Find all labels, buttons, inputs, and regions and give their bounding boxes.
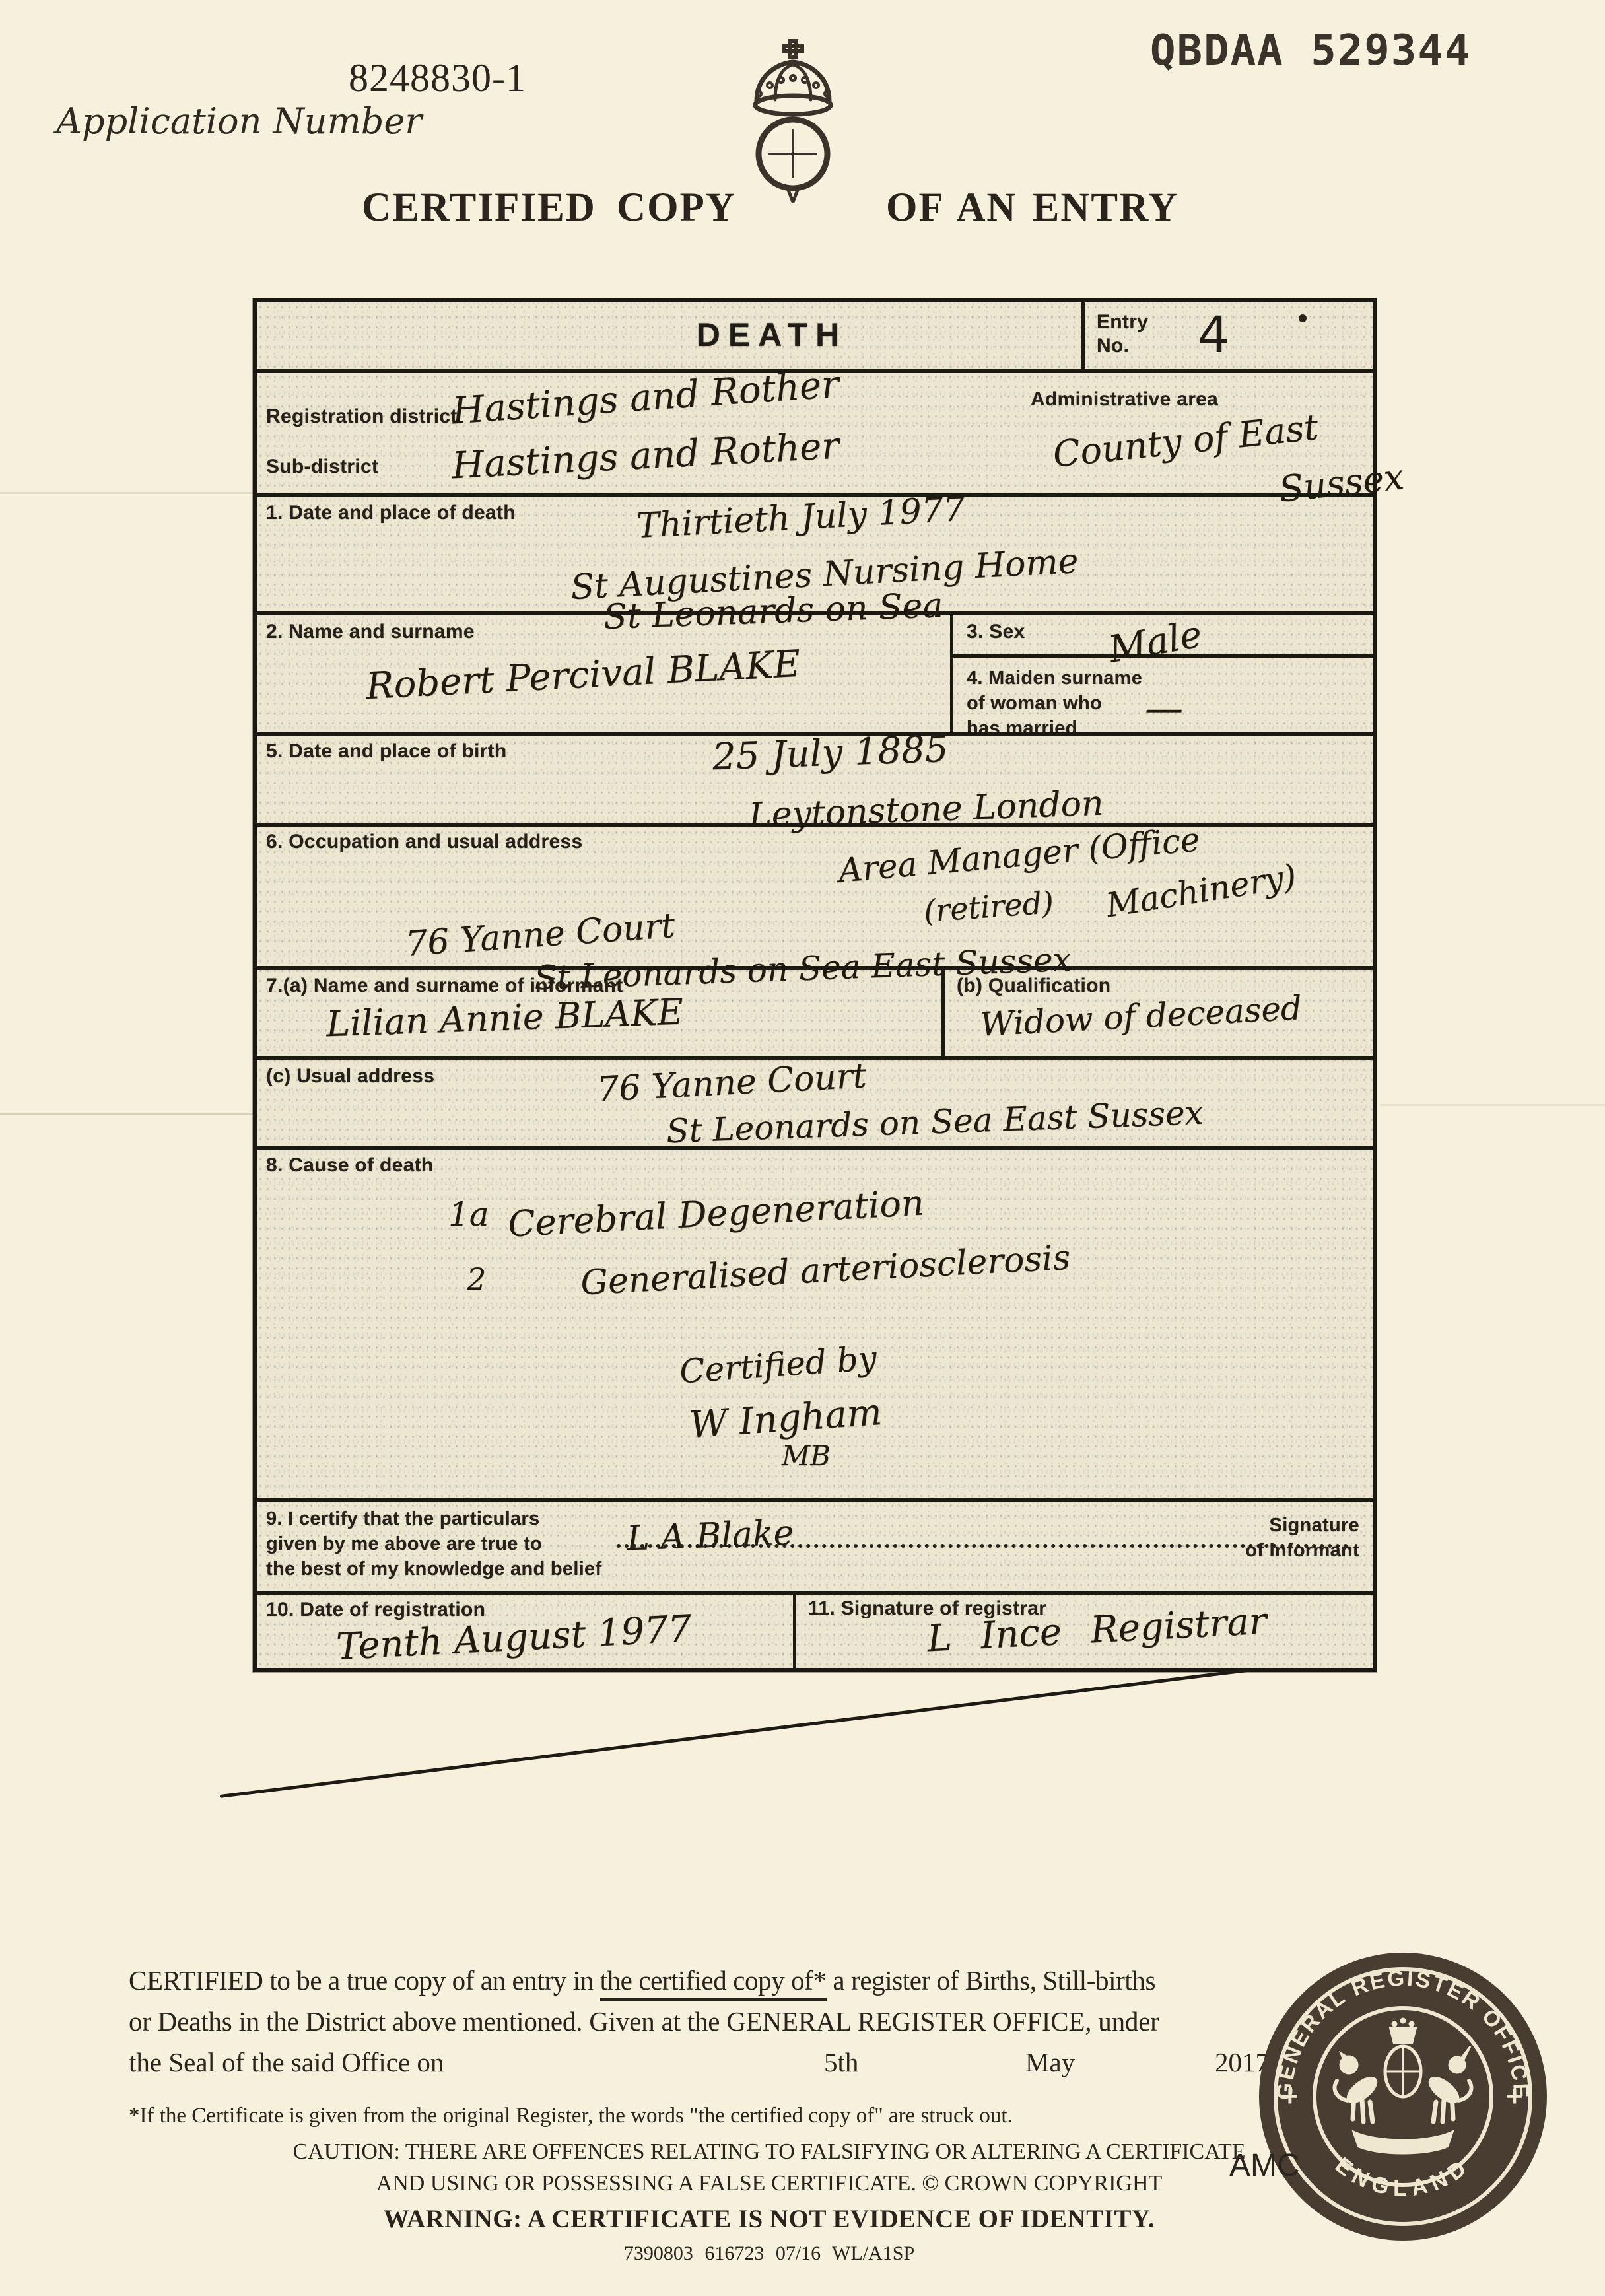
cause-line2: Generalised arteriosclerosis	[580, 1238, 1072, 1304]
occupation-retired: (retired)	[922, 884, 1054, 929]
maiden-surname-value: —	[1145, 685, 1183, 730]
informant-name-label: 7.(a) Name and surname of informant	[266, 975, 623, 997]
informant-address-label: (c) Usual address	[266, 1065, 434, 1088]
informant-address-line1: 76 Yanne Court	[596, 1056, 868, 1109]
certification-line1-underlined: the certified copy of*	[600, 1965, 827, 2001]
seal-initials-amc: AMC	[1229, 2147, 1300, 2184]
row7c-border	[257, 1146, 1373, 1150]
row6-border	[257, 966, 1373, 970]
seal-date-month: May	[1025, 2046, 1075, 2078]
informant-column-divider	[941, 966, 945, 1056]
registration-column-divider	[793, 1591, 796, 1668]
certified-by-text: Certified by	[678, 1339, 877, 1391]
fold-crease-top-left	[0, 492, 253, 494]
death-register-form: DEATH Entry No. 4 Registration district …	[253, 298, 1377, 1672]
cause-of-death-label: 8. Cause of death	[266, 1154, 434, 1177]
entry-number-value: 4	[1198, 305, 1229, 364]
warning-text: WARNING: A CERTIFICATE IS NOT EVIDENCE O…	[191, 2204, 1347, 2234]
doctor-credentials: MB	[782, 1440, 831, 1472]
sex-label: 3. Sex	[967, 621, 1025, 643]
place-of-birth-value: Leytonstone London	[748, 784, 1104, 836]
signature-of-informant-label-line1: Signature	[1168, 1513, 1359, 1538]
administrative-area-value-line1: County of East	[1051, 406, 1320, 475]
qualification-label: (b) Qualification	[957, 975, 1110, 997]
certification-line1-post: a register of Births, Still-births	[827, 1965, 1155, 1996]
sex-column-divider	[950, 611, 953, 732]
sex-maiden-divider	[950, 654, 1373, 658]
certification-line1-pre: CERTIFIED to be a true copy of an entry …	[129, 1965, 600, 1996]
certificate-page: Application Number 8248830-1 QBDAA 52934…	[0, 0, 1605, 2296]
seal-plus-left: +	[1281, 2080, 1299, 2112]
date-place-of-birth-label: 5. Date and place of birth	[266, 740, 507, 763]
fold-crease-mid-left	[0, 1113, 253, 1115]
certificate-serial-number: QBDAA 529344	[1150, 26, 1471, 75]
row8-border	[257, 1498, 1373, 1502]
sex-value: Male	[1105, 613, 1205, 672]
date-of-registration-label: 10. Date of registration	[266, 1599, 485, 1621]
application-number-label: Application Number	[56, 100, 422, 142]
certify-label-line1: 9. I certify that the particulars	[266, 1506, 601, 1531]
diagonal-fold-line	[220, 1668, 1250, 1798]
date-of-death-value: Thirtieth July 1977	[636, 489, 967, 546]
certification-line1: CERTIFIED to be a true copy of an entry …	[129, 1965, 1155, 1996]
title-certified-copy: CERTIFIED COPY	[362, 185, 736, 231]
certification-line2: or Deaths in the District above mentione…	[129, 2005, 1159, 2037]
cause-line1: Cerebral Degeneration	[507, 1182, 925, 1245]
entry-label-line1: Entry	[1097, 310, 1148, 334]
seal-date-day: 5th	[824, 2046, 858, 2078]
maiden-surname-label-line3: has married	[967, 716, 1142, 741]
informant-name-value: Lilian Annie BLAKE	[325, 991, 684, 1045]
cause-1a-prefix: 1a	[448, 1195, 489, 1234]
sub-district-label: Sub-district	[266, 456, 378, 478]
caution-line2: AND USING OR POSSESSING A FALSE CERTIFIC…	[191, 2171, 1347, 2196]
application-number-value: 8248830-1	[349, 55, 526, 101]
informant-signature: L A Blake	[626, 1513, 794, 1559]
name-surname-label: 2. Name and surname	[266, 621, 475, 643]
seal-plus-right: +	[1506, 2080, 1523, 2112]
entry-box-divider	[1081, 302, 1085, 369]
district-row-border	[257, 493, 1373, 497]
row5-border	[257, 823, 1373, 827]
certification-line3: the Seal of the said Office on	[129, 2046, 444, 2078]
general-register-office-seal: GENERAL REGISTER OFFICE ENGLAND + +	[1251, 1945, 1555, 2248]
cause-2-prefix: 2	[467, 1261, 486, 1297]
certifying-doctor-signature: W Ingham	[688, 1391, 883, 1447]
occupation-address-label: 6. Occupation and usual address	[266, 831, 582, 853]
print-code: 7390803 616723 07/16 WL/A1SP	[191, 2243, 1347, 2265]
administrative-area-label: Administrative area	[1031, 388, 1218, 411]
signature-of-informant-label-line2: of Informant	[1168, 1538, 1359, 1563]
caution-line1: CAUTION: THERE ARE OFFENCES RELATING TO …	[191, 2139, 1347, 2165]
certify-label-line2: given by me above are true to	[266, 1531, 601, 1556]
maiden-surname-label-line1: 4. Maiden surname	[967, 666, 1142, 691]
title-of-an-entry: OF AN ENTRY	[886, 185, 1178, 231]
registration-district-label: Registration district	[266, 405, 458, 428]
certificate-footnote: *If the Certificate is given from the or…	[129, 2104, 1013, 2128]
date-place-of-death-label: 1. Date and place of death	[266, 502, 516, 524]
date-of-birth-value: 25 July 1885	[712, 728, 949, 779]
administrative-area-value-line2: Sussex	[1277, 456, 1406, 510]
certify-label-line3: the best of my knowledge and belief	[266, 1556, 601, 1582]
maiden-surname-label-line2: of woman who	[967, 691, 1142, 716]
name-surname-value: Robert Percival BLAKE	[365, 643, 802, 708]
sub-district-value: Hastings and Rother	[451, 425, 840, 488]
ink-speck	[1299, 314, 1307, 322]
entry-label-line2: No.	[1097, 334, 1148, 358]
row1-border	[257, 611, 1373, 615]
fold-crease-mid-right	[1380, 1104, 1605, 1106]
occupation-value-line2: Machinery)	[1103, 857, 1299, 925]
row9-border	[257, 1591, 1373, 1595]
registration-district-value: Hastings and Rother	[450, 363, 840, 433]
royal-crown-emblem-icon	[737, 38, 849, 203]
form-title-death: DEATH	[574, 316, 970, 354]
